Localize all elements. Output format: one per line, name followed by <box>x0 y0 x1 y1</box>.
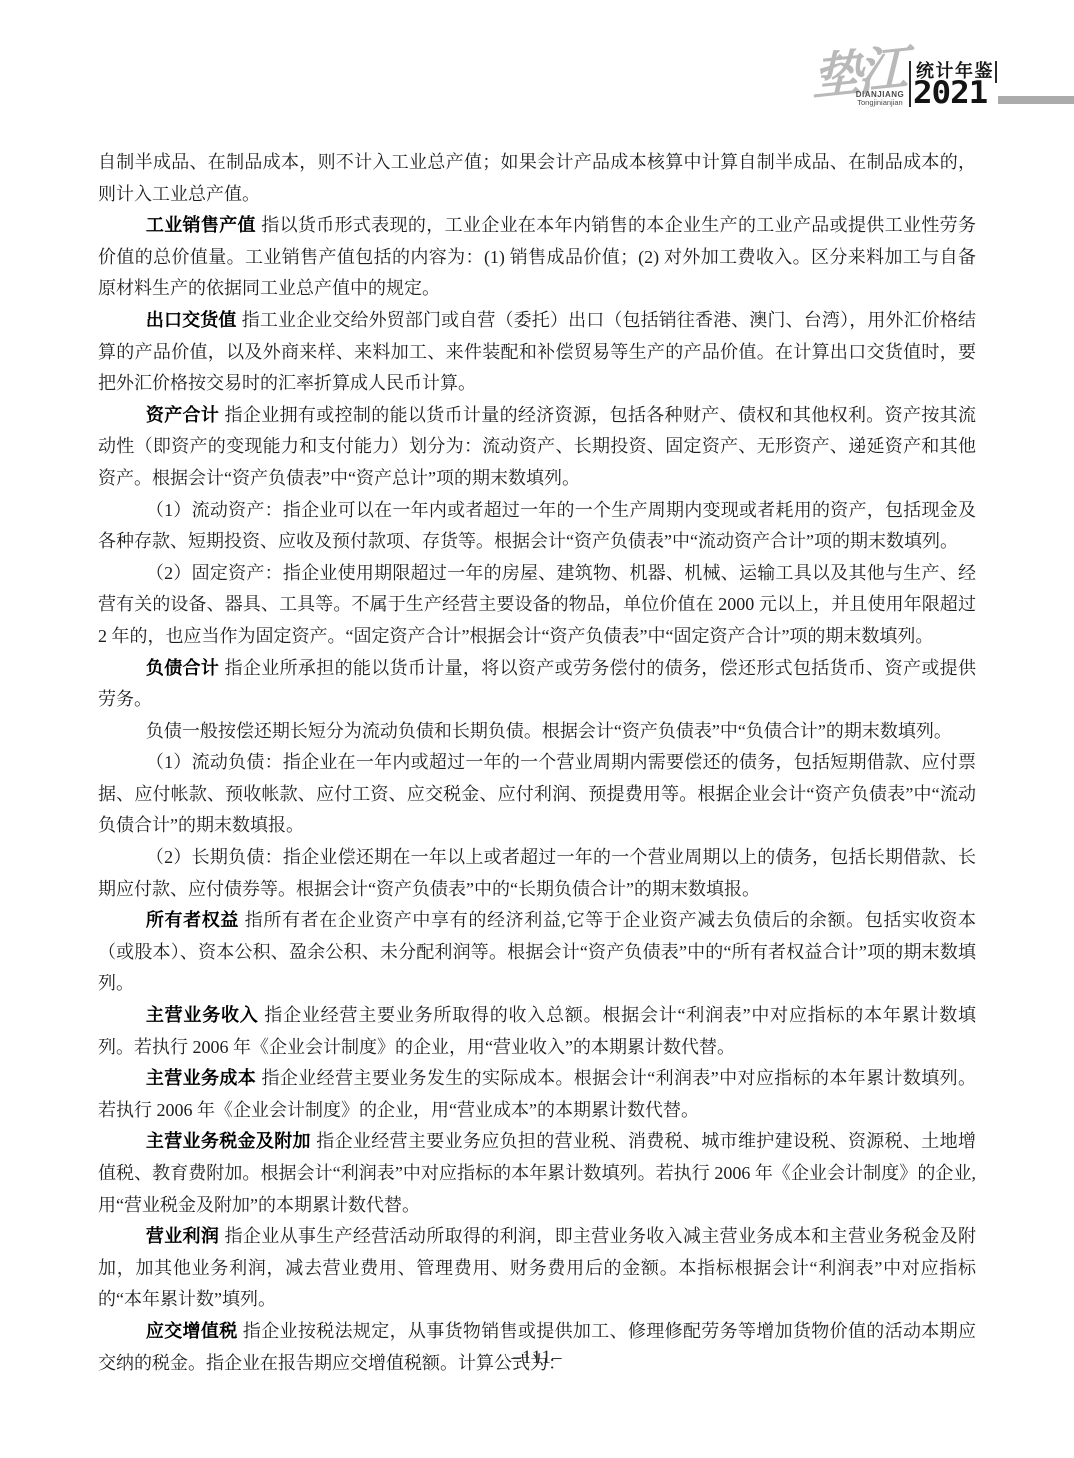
page-number: –111– <box>0 1347 1074 1369</box>
definition-paragraph: 负债一般按偿还期长短分为流动负债和长期负债。根据会计“资产负债表”中“负债合计”… <box>98 716 976 748</box>
logo-right-tick <box>995 61 997 83</box>
term-label: 主营业务税金及附加 <box>146 1131 316 1151</box>
paragraph-text: 指企业所承担的能以货币计量，将以资产或劳务偿付的债务，偿还形式包括货币、资产或提… <box>98 658 976 710</box>
paragraph-text: 自制半成品、在制品成本，则不计入工业总产值；如果会计产品成本核算中计算自制半成品… <box>98 152 976 204</box>
definition-paragraph: （1）流动资产：指企业可以在一年内或者超过一年的一个生产周期内变现或者耗用的资产… <box>98 495 976 558</box>
definition-paragraph: 主营业务税金及附加 指企业经营主要业务应负担的营业税、消费税、城市维护建设税、资… <box>98 1126 976 1221</box>
term-label: 主营业务成本 <box>146 1068 262 1088</box>
definition-paragraph: 自制半成品、在制品成本，则不计入工业总产值；如果会计产品成本核算中计算自制半成品… <box>98 147 976 210</box>
definition-paragraph: （1）流动负债：指企业在一年内或超过一年的一个营业周期内需要偿还的债务，包括短期… <box>98 747 976 842</box>
paragraph-text: （2）固定资产：指企业使用期限超过一年的房屋、建筑物、机器、机械、运输工具以及其… <box>98 563 976 646</box>
definition-paragraph: 工业销售产值 指以货币形式表现的，工业企业在本年内销售的本企业生产的工业产品或提… <box>98 210 976 305</box>
definition-paragraph: （2）固定资产：指企业使用期限超过一年的房屋、建筑物、机器、机械、运输工具以及其… <box>98 558 976 653</box>
term-label: 主营业务收入 <box>146 1005 264 1025</box>
term-label: 营业利润 <box>146 1226 225 1246</box>
paragraph-text: 指企业拥有或控制的能以货币计量的经济资源，包括各种财产、债权和其他权利。资产按其… <box>98 405 976 488</box>
definition-paragraph: 所有者权益 指所有者在企业资产中享有的经济利益,它等于企业资产减去负债后的余额。… <box>98 905 976 1000</box>
logo-romanization: DIANJIANG Tongjinianjian <box>848 91 912 106</box>
definition-paragraph: 主营业务收入 指企业经营主要业务所取得的收入总额。根据会计“利润表”中对应指标的… <box>98 1000 976 1063</box>
paragraph-text: 指企业从事生产经营活动所取得的利润，即主营业务收入减主营业务成本和主营业务税金及… <box>98 1226 976 1309</box>
paragraph-text: （1）流动负债：指企业在一年内或超过一年的一个营业周期内需要偿还的债务，包括短期… <box>98 752 976 835</box>
paragraph-text: （1）流动资产：指企业可以在一年内或者超过一年的一个生产周期内变现或者耗用的资产… <box>98 500 976 552</box>
paragraph-text: （2）长期负债：指企业偿还期在一年以上或者超过一年的一个营业周期以上的债务，包括… <box>98 847 976 899</box>
term-label: 出口交货值 <box>146 310 242 330</box>
logo-year-2021: 2021 <box>913 78 987 108</box>
definitions-text-block: 自制半成品、在制品成本，则不计入工业总产值；如果会计产品成本核算中计算自制半成品… <box>98 147 976 1379</box>
definition-paragraph: （2）长期负债：指企业偿还期在一年以上或者超过一年的一个营业周期以上的债务，包括… <box>98 842 976 905</box>
paragraph-text: 负债一般按偿还期长短分为流动负债和长期负债。根据会计“资产负债表”中“负债合计”… <box>146 721 952 741</box>
definition-paragraph: 营业利润 指企业从事生产经营活动所取得的利润，即主营业务收入减主营业务成本和主营… <box>98 1221 976 1316</box>
term-label: 资产合计 <box>146 405 225 425</box>
definition-paragraph: 负债合计 指企业所承担的能以货币计量，将以资产或劳务偿付的债务，偿还形式包括货币… <box>98 653 976 716</box>
term-label: 所有者权益 <box>146 910 245 930</box>
term-label: 负债合计 <box>146 658 225 678</box>
header-gray-bar <box>998 96 1074 104</box>
definition-paragraph: 资产合计 指企业拥有或控制的能以货币计量的经济资源，包括各种财产、债权和其他权利… <box>98 400 976 495</box>
logo-romanization-pinyin: Tongjinianjian <box>848 99 912 107</box>
logo-vertical-divider <box>909 61 911 107</box>
definition-paragraph: 主营业务成本 指企业经营主要业务发生的实际成本。根据会计“利润表”中对应指标的本… <box>98 1063 976 1126</box>
term-label: 应交增值税 <box>146 1321 243 1341</box>
definition-paragraph: 出口交货值 指工业企业交给外贸部门或自营（委托）出口（包括销往香港、澳门、台湾）… <box>98 305 976 400</box>
term-label: 工业销售产值 <box>146 215 261 235</box>
